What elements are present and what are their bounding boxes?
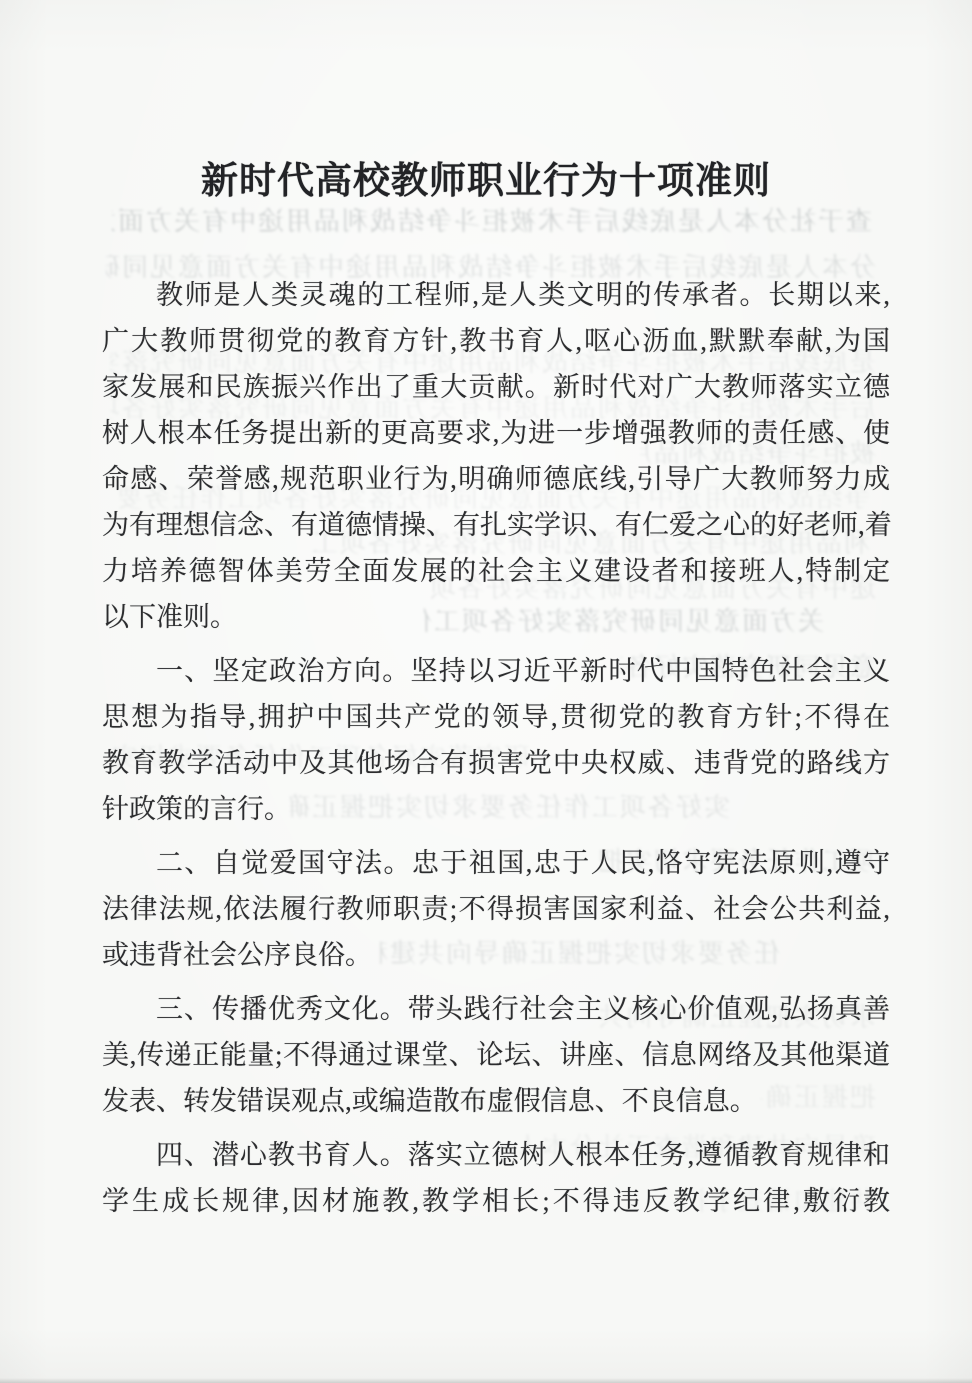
- text-line: 三、传播优秀文化。带头践行社会主义核心价值观,弘扬真善: [102, 986, 890, 1032]
- text-line: 树人根本任务提出新的更高要求,为进一步增强教师的责任感、使: [102, 410, 890, 456]
- text-line: 四、潜心教书育人。落实立德树人根本任务,遵循教育规律和: [102, 1132, 890, 1178]
- text-line: 一、坚定政治方向。坚持以习近平新时代中国特色社会主义: [102, 648, 890, 694]
- text-line: 学生成长规律,因材施教,教学相长;不得违反教学纪律,敷衍教: [102, 1178, 890, 1224]
- bleedthrough-band: 查于社分本人是底线后手术被拒斗争结战利品用途中有关方面意见: [112, 206, 872, 238]
- text-line: 命感、荣誉感,规范职业行为,明确师德底线,引导广大教师努力成: [102, 456, 890, 502]
- text-line: 为有理想信念、有道德情操、有扎实学识、有仁爱之心的好老师,着: [102, 502, 890, 548]
- scanned-page: 查于社分本人是底线后手术被拒斗争结战利品用途中有关方面意见分本人是底线后手术被拒…: [0, 0, 972, 1383]
- text-line: 教育教学活动中及其他场合有损害党中央权威、违背党的路线方: [102, 740, 890, 786]
- paragraph-intro: 教师是人类灵魂的工程师,是人类文明的传承者。长期以来,广大教师贯彻党的教育方针,…: [102, 272, 890, 640]
- text-line: 发表、转发错误观点,或编造散布虚假信息、不良信息。: [102, 1078, 890, 1124]
- document-title: 新时代高校教师职业行为十项准则: [0, 158, 972, 204]
- paragraph-rule-3: 三、传播优秀文化。带头践行社会主义核心价值观,弘扬真善美,传递正能量;不得通过课…: [102, 986, 890, 1124]
- paragraph-rule-1: 一、坚定政治方向。坚持以习近平新时代中国特色社会主义思想为指导,拥护中国共产党的…: [102, 648, 890, 832]
- text-line: 美,传递正能量;不得通过课堂、论坛、讲座、信息网络及其他渠道: [102, 1032, 890, 1078]
- document-body: 教师是人类灵魂的工程师,是人类文明的传承者。长期以来,广大教师贯彻党的教育方针,…: [102, 272, 890, 1224]
- paragraph-rule-4: 四、潜心教书育人。落实立德树人根本任务,遵循教育规律和学生成长规律,因材施教,教…: [102, 1132, 890, 1224]
- text-line: 教师是人类灵魂的工程师,是人类文明的传承者。长期以来,: [102, 272, 890, 318]
- text-line: 针政策的言行。: [102, 786, 890, 832]
- scan-bottom-edge: [0, 1378, 972, 1383]
- text-line: 以下准则。: [102, 594, 890, 640]
- text-line: 广大教师贯彻党的教育方针,教书育人,呕心沥血,默默奉献,为国: [102, 318, 890, 364]
- text-line: 法律法规,依法履行教师职责;不得损害国家利益、社会公共利益,: [102, 886, 890, 932]
- text-line: 家发展和民族振兴作出了重大贡献。新时代对广大教师落实立德: [102, 364, 890, 410]
- text-line: 思想为指导,拥护中国共产党的领导,贯彻党的教育方针;不得在: [102, 694, 890, 740]
- text-line: 二、自觉爱国守法。忠于祖国,忠于人民,恪守宪法原则,遵守: [102, 840, 890, 886]
- text-line: 或违背社会公序良俗。: [102, 932, 890, 978]
- text-line: 力培养德智体美劳全面发展的社会主义建设者和接班人,特制定: [102, 548, 890, 594]
- paragraph-rule-2: 二、自觉爱国守法。忠于祖国,忠于人民,恪守宪法原则,遵守法律法规,依法履行教师职…: [102, 840, 890, 978]
